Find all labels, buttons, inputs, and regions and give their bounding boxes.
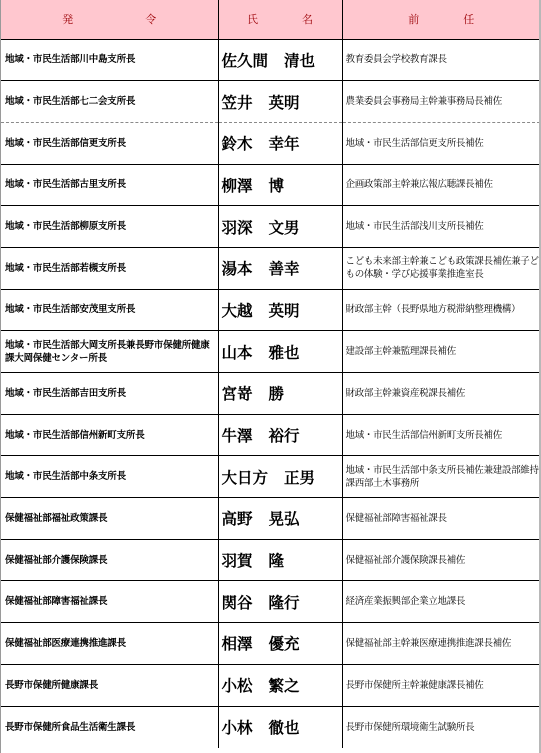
name-cell: 小松繁之 bbox=[218, 664, 342, 706]
table-row: 地域・市民生活部七二会支所長 笠井英明 農業委員会事務局主幹兼事務局長補佐 bbox=[1, 81, 540, 123]
appointment-cell: 地域・市民生活部古里支所長 bbox=[1, 164, 218, 206]
surname: 高野 bbox=[222, 509, 253, 528]
name-cell: 羽深文男 bbox=[218, 206, 342, 248]
appointment-cell: 地域・市民生活部若槻支所長 bbox=[1, 247, 218, 289]
table-row: 保健福祉部医療連携推進課長 相澤優充 保健福祉部主幹兼医療連携推進課長補佐 bbox=[1, 623, 540, 665]
personnel-table: 発令 氏名 前任 地域・市民生活部川中島支所長 佐久間清也 教育委員会学校教育課… bbox=[1, 0, 540, 748]
surname: 大日方 bbox=[222, 468, 269, 487]
given-name: 文男 bbox=[269, 218, 300, 237]
table-row: 地域・市民生活部信州新町支所長 牛澤裕行 地域・市民生活部信州新町支所長補佐 bbox=[1, 414, 540, 456]
appointment-cell: 地域・市民生活部中条支所長 bbox=[1, 456, 218, 498]
name-cell: 相澤優充 bbox=[218, 623, 342, 665]
given-name: 英明 bbox=[269, 301, 300, 320]
appointment-cell: 保健福祉部福祉政策課長 bbox=[1, 498, 218, 540]
appointment-cell: 長野市保健所健康課長 bbox=[1, 664, 218, 706]
name-cell: 宮嵜勝 bbox=[218, 373, 342, 415]
table-row: 地域・市民生活部大岡支所長兼長野市保健所健康課大岡保健センター所長 山本雅也 建… bbox=[1, 331, 540, 373]
appointment-cell: 地域・市民生活部信州新町支所長 bbox=[1, 414, 218, 456]
header-appointment-char2: 令 bbox=[145, 11, 156, 27]
previous-post-cell: 地域・市民生活部浅川支所長補佐 bbox=[342, 206, 540, 248]
given-name: 雅也 bbox=[269, 343, 300, 362]
table-row: 保健福祉部障害福祉課長 関谷隆行 経済産業振興部企業立地課長 bbox=[1, 581, 540, 623]
surname: 大越 bbox=[222, 301, 253, 320]
surname: 関谷 bbox=[222, 593, 253, 612]
header-appointment-char1: 発 bbox=[62, 11, 73, 27]
name-cell: 高野晃弘 bbox=[218, 498, 342, 540]
name-cell: 大日方正男 bbox=[218, 456, 342, 498]
appointment-cell: 地域・市民生活部七二会支所長 bbox=[1, 81, 218, 123]
table-row: 地域・市民生活部古里支所長 柳澤博 企画政策部主幹兼広報広聴課長補佐 bbox=[1, 164, 540, 206]
previous-post-cell: 企画政策部主幹兼広報広聴課長補佐 bbox=[342, 164, 540, 206]
given-name: 博 bbox=[269, 176, 285, 195]
given-name: 隆行 bbox=[269, 593, 300, 612]
appointment-cell: 地域・市民生活部安茂里支所長 bbox=[1, 289, 218, 331]
appointment-cell: 保健福祉部医療連携推進課長 bbox=[1, 623, 218, 665]
table-row: 保健福祉部介護保険課長 羽賀隆 保健福祉部介護保険課長補佐 bbox=[1, 539, 540, 581]
surname: 湯本 bbox=[222, 259, 253, 278]
previous-post-cell: 地域・市民生活部信州新町支所長補佐 bbox=[342, 414, 540, 456]
header-previous-char1: 前 bbox=[408, 11, 419, 27]
surname: 佐久間 bbox=[222, 51, 269, 70]
previous-post-cell: 保健福祉部障害福祉課長 bbox=[342, 498, 540, 540]
name-cell: 佐久間清也 bbox=[218, 39, 342, 81]
name-cell: 牛澤裕行 bbox=[218, 414, 342, 456]
appointment-cell: 地域・市民生活部吉田支所長 bbox=[1, 373, 218, 415]
given-name: 英明 bbox=[269, 93, 300, 112]
previous-post-cell: 建設部主幹兼監理課長補佐 bbox=[342, 331, 540, 373]
personnel-sheet: 発令 氏名 前任 地域・市民生活部川中島支所長 佐久間清也 教育委員会学校教育課… bbox=[0, 0, 541, 753]
previous-post-cell: 長野市保健所環境衛生試験所長 bbox=[342, 706, 540, 748]
given-name: 優充 bbox=[269, 634, 300, 653]
previous-post-cell: 長野市保健所主幹兼健康課長補佐 bbox=[342, 664, 540, 706]
name-cell: 羽賀隆 bbox=[218, 539, 342, 581]
given-name: 隆 bbox=[269, 551, 285, 570]
name-cell: 小林徹也 bbox=[218, 706, 342, 748]
name-cell: 笠井英明 bbox=[218, 81, 342, 123]
table-row: 地域・市民生活部信更支所長 鈴木幸年 地域・市民生活部信更支所長補佐 bbox=[1, 122, 540, 164]
surname: 羽賀 bbox=[222, 551, 253, 570]
header-name-char2: 名 bbox=[302, 11, 313, 27]
appointment-cell: 長野市保健所食品生活衛生課長 bbox=[1, 706, 218, 748]
name-cell: 関谷隆行 bbox=[218, 581, 342, 623]
previous-post-cell: 地域・市民生活部信更支所長補佐 bbox=[342, 122, 540, 164]
name-cell: 鈴木幸年 bbox=[218, 122, 342, 164]
surname: 宮嵜 bbox=[222, 384, 253, 403]
header-name-char1: 氏 bbox=[247, 11, 258, 27]
given-name: 繁之 bbox=[269, 676, 300, 695]
surname: 山本 bbox=[222, 343, 253, 362]
header-previous-char2: 任 bbox=[463, 11, 474, 27]
surname: 牛澤 bbox=[222, 426, 253, 445]
previous-post-cell: 農業委員会事務局主幹兼事務局長補佐 bbox=[342, 81, 540, 123]
given-name: 善幸 bbox=[269, 259, 300, 278]
appointment-cell: 保健福祉部障害福祉課長 bbox=[1, 581, 218, 623]
name-cell: 湯本善幸 bbox=[218, 247, 342, 289]
given-name: 幸年 bbox=[269, 134, 300, 153]
header-previous-post: 前任 bbox=[342, 0, 540, 39]
previous-post-cell: 教育委員会学校教育課長 bbox=[342, 39, 540, 81]
previous-post-cell: 経済産業振興部企業立地課長 bbox=[342, 581, 540, 623]
previous-post-cell: 保健福祉部介護保険課長補佐 bbox=[342, 539, 540, 581]
table-row: 長野市保健所食品生活衛生課長 小林徹也 長野市保健所環境衛生試験所長 bbox=[1, 706, 540, 748]
previous-post-cell: 財政部主幹（長野県地方税滞納整理機構） bbox=[342, 289, 540, 331]
appointment-cell: 保健福祉部介護保険課長 bbox=[1, 539, 218, 581]
appointment-cell: 地域・市民生活部柳原支所長 bbox=[1, 206, 218, 248]
table-row: 地域・市民生活部川中島支所長 佐久間清也 教育委員会学校教育課長 bbox=[1, 39, 540, 81]
surname: 相澤 bbox=[222, 634, 253, 653]
surname: 鈴木 bbox=[222, 134, 253, 153]
table-row: 地域・市民生活部中条支所長 大日方正男 地域・市民生活部中条支所長補佐兼建設部維… bbox=[1, 456, 540, 498]
surname: 羽深 bbox=[222, 218, 253, 237]
previous-post-cell: 保健福祉部主幹兼医療連携推進課長補佐 bbox=[342, 623, 540, 665]
name-cell: 山本雅也 bbox=[218, 331, 342, 373]
header-appointment: 発令 bbox=[1, 0, 218, 39]
given-name: 晃弘 bbox=[269, 509, 300, 528]
header-name: 氏名 bbox=[218, 0, 342, 39]
previous-post-cell: 財政部主幹兼資産税課長補佐 bbox=[342, 373, 540, 415]
surname: 柳澤 bbox=[222, 176, 253, 195]
appointment-cell: 地域・市民生活部川中島支所長 bbox=[1, 39, 218, 81]
given-name: 清也 bbox=[284, 51, 315, 70]
given-name: 裕行 bbox=[269, 426, 300, 445]
surname: 笠井 bbox=[222, 93, 253, 112]
given-name: 正男 bbox=[284, 468, 315, 487]
table-row: 地域・市民生活部柳原支所長 羽深文男 地域・市民生活部浅川支所長補佐 bbox=[1, 206, 540, 248]
appointment-cell: 地域・市民生活部大岡支所長兼長野市保健所健康課大岡保健センター所長 bbox=[1, 331, 218, 373]
table-row: 地域・市民生活部若槻支所長 湯本善幸 こども未来部主幹兼こども政策課長補佐兼子ど… bbox=[1, 247, 540, 289]
table-row: 地域・市民生活部吉田支所長 宮嵜勝 財政部主幹兼資産税課長補佐 bbox=[1, 373, 540, 415]
given-name: 勝 bbox=[269, 384, 285, 403]
table-row: 保健福祉部福祉政策課長 高野晃弘 保健福祉部障害福祉課長 bbox=[1, 498, 540, 540]
given-name: 徹也 bbox=[269, 718, 300, 737]
surname: 小林 bbox=[222, 718, 253, 737]
table-row: 地域・市民生活部安茂里支所長 大越英明 財政部主幹（長野県地方税滞納整理機構） bbox=[1, 289, 540, 331]
previous-post-cell: こども未来部主幹兼こども政策課長補佐兼子どもの体験・学び応援事業推進室長 bbox=[342, 247, 540, 289]
header-row: 発令 氏名 前任 bbox=[1, 0, 540, 39]
name-cell: 大越英明 bbox=[218, 289, 342, 331]
surname: 小松 bbox=[222, 676, 253, 695]
name-cell: 柳澤博 bbox=[218, 164, 342, 206]
previous-post-cell: 地域・市民生活部中条支所長補佐兼建設部維持課西部土木事務所 bbox=[342, 456, 540, 498]
appointment-cell: 地域・市民生活部信更支所長 bbox=[1, 122, 218, 164]
table-row: 長野市保健所健康課長 小松繁之 長野市保健所主幹兼健康課長補佐 bbox=[1, 664, 540, 706]
